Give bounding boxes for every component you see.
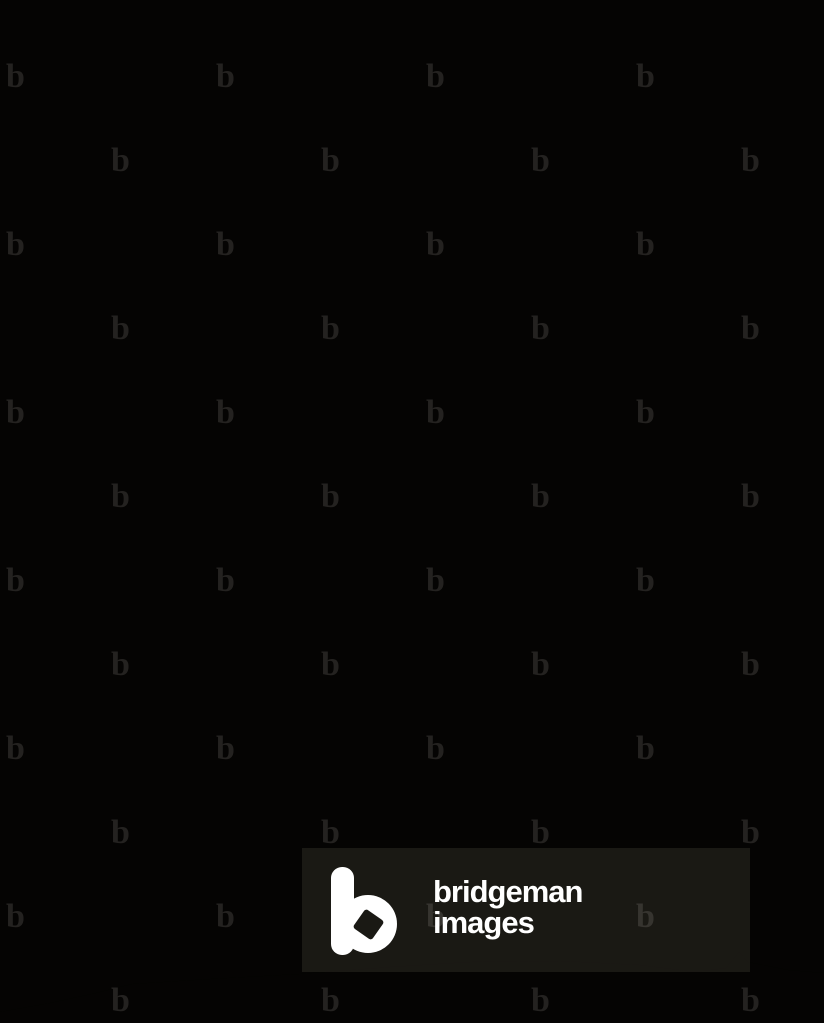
text-column-right: gloria concedebat et fauore cum habebat … — [506, 122, 741, 834]
pen-flourish-icon — [644, 84, 774, 100]
intercolumn-rule — [502, 42, 503, 888]
manuscript-text-segment: gitur cum tantum causa est propter et ca… — [790, 401, 824, 790]
running-header-right: Antiquitatum — [506, 84, 774, 111]
manuscript-photo: 304 Liber vigesimus Antiquitatum In fest… — [0, 0, 824, 1023]
watermark-b-icon: b — [6, 226, 25, 264]
manuscript-paragraph: Porro cesar misit albinum in iudeam pref… — [271, 383, 500, 644]
folio-number: 304 — [151, 47, 173, 62]
manuscript-paragraph: gloria concedebat et fauore cum habebat … — [506, 122, 741, 313]
text-column-left: In festiuitatibus ipse templa hic romana… — [271, 122, 500, 834]
margin-rule-left — [266, 42, 267, 888]
manuscript-text-segment: C — [271, 644, 288, 673]
manuscript-text-segment: xviii — [473, 366, 500, 383]
manuscript-text-segment: ananus credens se inuenisse tempus oport… — [271, 663, 500, 834]
watermark-b-icon: b — [321, 982, 340, 1020]
manuscript-text-segment: R — [506, 313, 525, 342]
manuscript-text-segment: H — [706, 518, 726, 543]
watermark-b-icon: b — [741, 982, 760, 1020]
manuscript-text-segment: ursus igitur seriem festiuitatis tempore… — [506, 314, 741, 541]
watermark-b-icon: b — [6, 394, 25, 432]
brand-line1: bridgeman — [433, 876, 582, 907]
bridgeman-b-logo-icon — [331, 867, 397, 955]
watermark-b-icon: b — [6, 58, 25, 96]
manuscript-paragraph: Rursus igitur seriem festiuitatis tempor… — [506, 313, 741, 834]
next-folio-edge: XXmo scribentes morte digni. illius aute… — [748, 20, 824, 972]
brand-line2: images — [433, 907, 582, 938]
manuscript-paragraph: scribentes morte digni. illius autem qui… — [748, 90, 824, 791]
watermark-b-icon: b — [531, 982, 550, 1020]
margin-rule-right — [741, 42, 742, 888]
manuscript-paragraph: In festiuitatibus ipse templa hic romana… — [271, 122, 500, 383]
running-header-right-text: Antiquitatum — [506, 91, 640, 111]
manuscript-text-segment: gloria concedebat et fauore cum habebat … — [506, 123, 741, 311]
manuscript-text-segment: P — [271, 383, 291, 415]
edge-text-column: scribentes morte digni. illius autem qui… — [748, 90, 824, 791]
watermark-b-icon: b — [6, 730, 25, 768]
watermark-b-icon: b — [6, 562, 25, 600]
manuscript-text-segment: oc itaque tempore rex agrippa philippi c… — [506, 527, 741, 785]
manuscript-text-segment: In festiuitatibus ipse templa hic romana… — [271, 123, 500, 381]
fore-edge-highlight — [54, 44, 67, 992]
watermark-b-icon: b — [6, 898, 25, 936]
running-header-left-text: Liber vigesimus — [269, 89, 427, 109]
manuscript-text-segment: orro cesar misit albinum in iudeam prefe… — [271, 384, 500, 642]
manuscript-paragraph: Cum uero huius secte d iacobo fratre dom… — [271, 644, 500, 834]
manuscript-text-segment: um uero huius secte — [288, 645, 441, 659]
manuscript-text-segment: scribentes morte digni. illius autem qui… — [748, 91, 824, 430]
manuscript-text-segment: A — [552, 770, 563, 786]
brand-wordmark: bridgeman images — [433, 876, 582, 938]
